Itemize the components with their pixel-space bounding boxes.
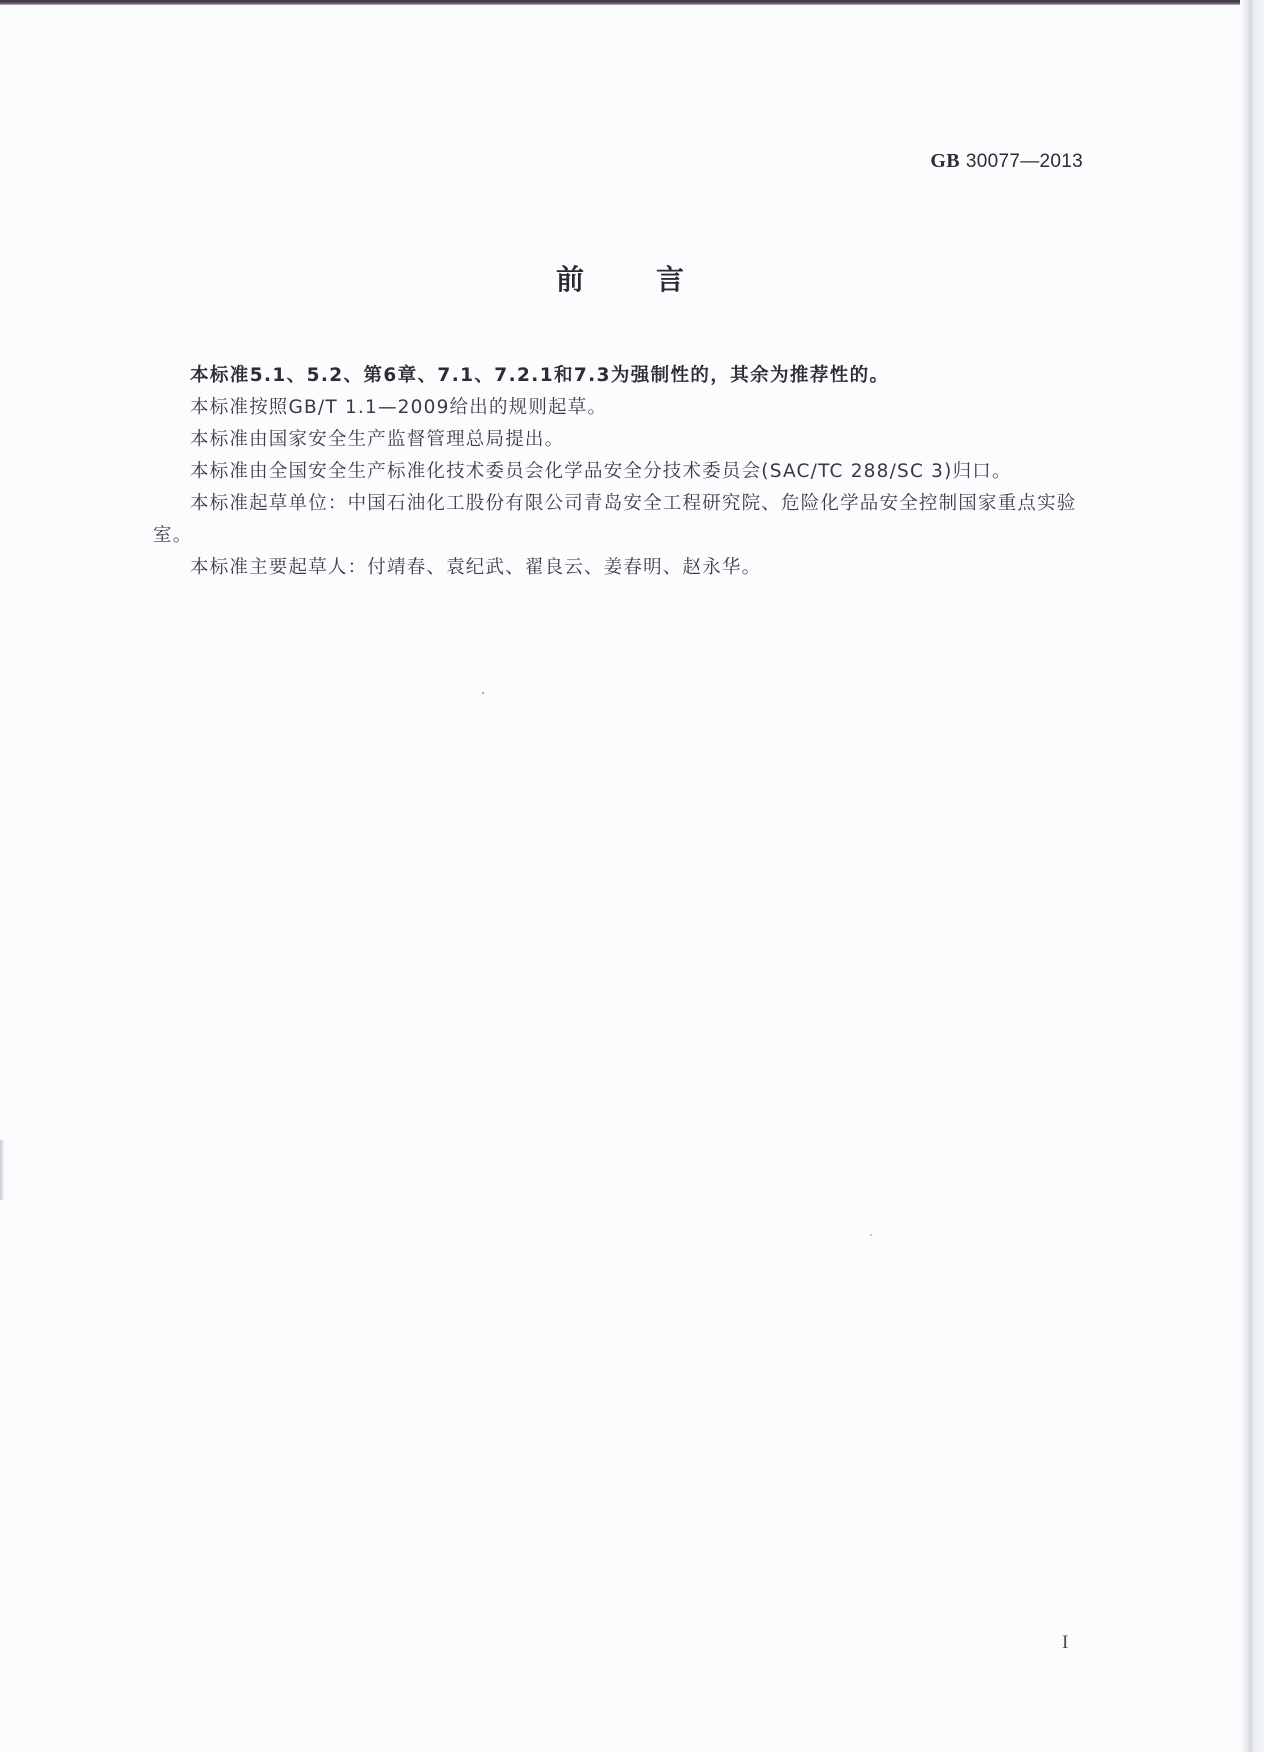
- title-char-2: 言: [656, 258, 684, 298]
- paragraph-proposed-by: 本标准由国家安全生产监督管理总局提出。: [153, 424, 1113, 456]
- standard-code-prefix: GB: [930, 150, 960, 172]
- standard-code-number: 30077—2013: [966, 151, 1083, 172]
- paragraph-drafting-organizations: 本标准起草单位：中国石油化工股份有限公司青岛安全工程研究院、危险化学品安全控制国…: [153, 488, 1113, 552]
- scan-speck: [870, 1234, 872, 1236]
- scan-speck: [482, 692, 484, 694]
- paragraph-administered-by: 本标准由全国安全生产标准化技术委员会化学品安全分技术委员会(SAC/TC 288…: [153, 456, 1113, 488]
- page-number: I: [1062, 1632, 1068, 1654]
- foreword-body: 本标准5.1、5.2、第6章、7.1、7.2.1和7.3为强制性的，其余为推荐性…: [153, 360, 1113, 584]
- document-page: GB30077—2013 前言 本标准5.1、5.2、第6章、7.1、7.2.1…: [0, 0, 1240, 1752]
- paragraph-main-drafters: 本标准主要起草人：付靖春、袁纪武、翟良云、姜春明、赵永华。: [153, 552, 1113, 584]
- paragraph-drafting-rules: 本标准按照GB/T 1.1—2009给出的规则起草。: [153, 392, 1113, 424]
- title-char-1: 前: [556, 258, 584, 298]
- paragraph-mandatory-clauses: 本标准5.1、5.2、第6章、7.1、7.2.1和7.3为强制性的，其余为推荐性…: [153, 360, 1113, 392]
- standard-code: GB30077—2013: [930, 150, 1083, 173]
- page-title: 前言: [0, 258, 1240, 298]
- scan-binding-edge: [1240, 0, 1264, 1752]
